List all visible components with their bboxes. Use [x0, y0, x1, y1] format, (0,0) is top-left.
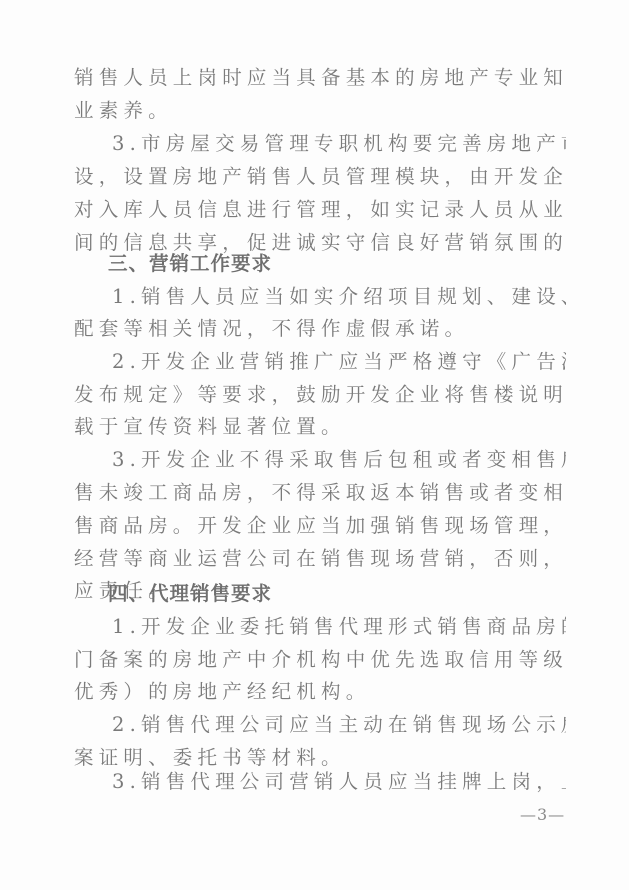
- section-heading-marketing: 三、营销工作要求: [108, 252, 272, 276]
- text-line: 对入库人员信息进行管理，如实记录人员从业信息并实现在企业: [74, 198, 566, 222]
- text-line: 载于宣传资料显著位置。: [74, 415, 566, 439]
- text-line: 3.开发企业不得采取售后包租或者变相售后包租的方式销: [112, 448, 566, 472]
- text-line: 1.销售人员应当如实介绍项目规划、建设、环境、教育设施: [112, 285, 566, 309]
- text-line: 3.市房屋交易管理专职机构要完善房地产市场信息系统建: [112, 132, 566, 156]
- section-heading-agency: 四、代理销售要求: [108, 582, 272, 606]
- text-line: 售未竣工商品房，不得采取返本销售或者变相返本销售的方式销: [74, 481, 566, 505]
- text-line: 案证明、委托书等材料。: [74, 746, 566, 770]
- text-line: 3.销售代理公司营销人员应当挂牌上岗，上岗证信息包含工: [112, 770, 566, 794]
- text-line: 2.销售代理公司应当主动在销售现场公示房地产经纪机构备: [112, 713, 566, 737]
- text-line: 销售人员上岗时应当具备基本的房地产专业知识、法律知识和职: [74, 66, 566, 90]
- text-line: 业素养。: [74, 99, 566, 123]
- text-line: 售商品房。开发企业应当加强销售现场管理，不得允许房屋托管: [74, 514, 566, 538]
- text-line: 发布规定》等要求，鼓励开发企业将售楼说明书以二维码形式附: [74, 383, 566, 407]
- text-line: 优秀）的房地产经纪机构。: [74, 680, 566, 704]
- text-line: 2.开发企业营销推广应当严格遵守《广告法》、《房地产广告: [112, 350, 566, 374]
- text-line: 设，设置房地产销售人员管理模块，由开发企业、中介企业负责: [74, 165, 566, 189]
- document-page: 销售人员上岗时应当具备基本的房地产专业知识、法律知识和职业素养。3.市房屋交易管…: [0, 0, 629, 890]
- text-line: 门备案的房地产中介机构中优先选取信用等级评定为A级（信用: [74, 648, 566, 672]
- text-line: 1.开发企业委托销售代理形式销售商品房的，应当在住建部: [112, 615, 566, 639]
- text-line: 配套等相关情况，不得作虚假承诺。: [74, 317, 566, 341]
- text-line: 经营等商业运营公司在销售现场营销，否则，开发企业应承担相: [74, 547, 566, 571]
- page-number: —3—: [520, 805, 565, 824]
